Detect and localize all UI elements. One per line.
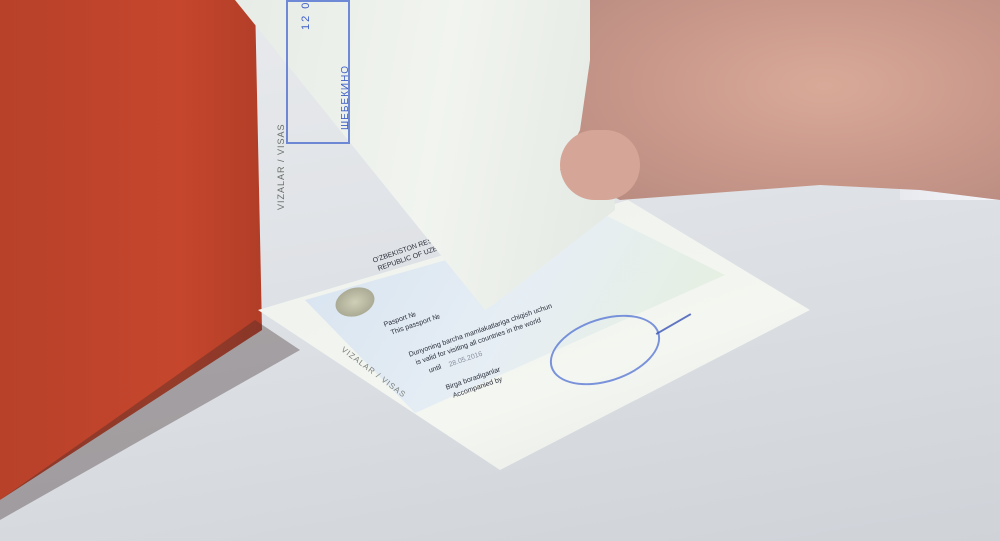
stamp-place: ШЕБЕКИНО xyxy=(340,65,351,130)
stamp-date: 12 03 16 xyxy=(300,0,312,30)
photo-scene: O'ZBEKISTON RESPUBLIKASI REPUBLIC OF UZB… xyxy=(0,0,1000,541)
visas-label-top: VIZALAR / VISAS xyxy=(276,123,286,210)
thumb xyxy=(560,130,640,200)
